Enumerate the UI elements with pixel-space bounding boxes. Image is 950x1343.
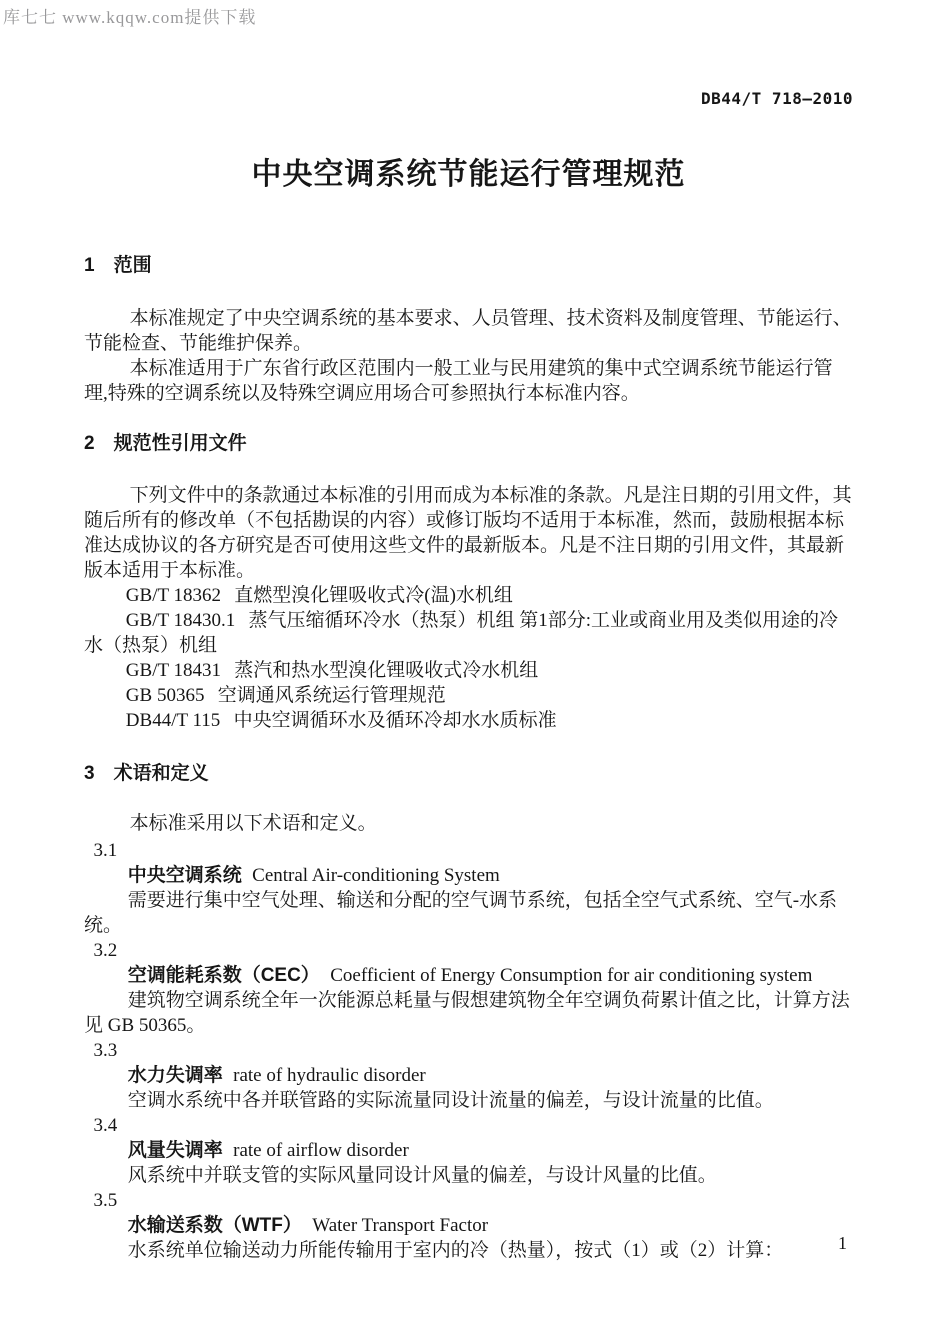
reference-item: GB/T 18430.1蒸气压缩循环冷水（热泵）机组 第1部分:工业或商业用及类… xyxy=(84,608,853,658)
reference-item: GB 50365空调通风系统运行管理规范 xyxy=(84,683,853,708)
term-block: 3.3 水力失调率rate of hydraulic disorder 空调水系… xyxy=(84,1038,853,1113)
section-3-heading: 3术语和定义 xyxy=(84,761,853,786)
reference-item: GB/T 18431蒸汽和热水型溴化锂吸收式冷水机组 xyxy=(84,658,853,683)
reference-title: 蒸汽和热水型溴化锂吸收式冷水机组 xyxy=(234,660,538,681)
document-title: 中央空调系统节能运行管理规范 xyxy=(84,156,853,194)
section-number: 1 xyxy=(84,255,95,276)
term-definition: 风系统中并联支管的实际风量同设计风量的偏差，与设计风量的比值。 xyxy=(84,1163,853,1188)
term-block: 3.2 空调能耗系数（CEC）Coefficient of Energy Con… xyxy=(84,938,853,1038)
term-title: 空调能耗系数（CEC）Coefficient of Energy Consump… xyxy=(84,963,853,988)
term-definition: 建筑物空调系统全年一次能源总耗量与假想建筑物全年空调负荷累计值之比，计算方法见 … xyxy=(84,988,853,1038)
reference-title: 空调通风系统运行管理规范 xyxy=(218,685,446,706)
term-title-en: Coefficient of Energy Consumption for ai… xyxy=(330,965,812,986)
scope-paragraph-2: 本标准适用于广东省行政区范围内一般工业与民用建筑的集中式空调系统节能运行管理,特… xyxy=(84,356,853,406)
section-heading-label: 规范性引用文件 xyxy=(114,433,247,454)
section-number: 3 xyxy=(84,763,95,784)
term-number: 3.2 xyxy=(84,938,853,963)
reference-item: DB44/T 115中央空调循环水及循环冷却水水质标准 xyxy=(84,708,853,733)
term-number: 3.3 xyxy=(84,1038,853,1063)
term-title-zh: 水输送系数（WTF） xyxy=(128,1215,302,1236)
reference-item: GB/T 18362直燃型溴化锂吸收式冷(温)水机组 xyxy=(84,583,853,608)
term-number: 3.1 xyxy=(84,838,853,863)
term-title-en: Water Transport Factor xyxy=(312,1215,488,1236)
term-title: 风量失调率rate of airflow disorder xyxy=(84,1138,853,1163)
term-title-zh: 空调能耗系数（CEC） xyxy=(128,965,320,986)
terms-intro-paragraph: 本标准采用以下术语和定义。 xyxy=(84,811,853,836)
page-content: DB44/T 718—2010 中央空调系统节能运行管理规范 1范围 本标准规定… xyxy=(0,0,950,1263)
term-title-en: rate of airflow disorder xyxy=(233,1140,409,1161)
section-terms-and-definitions: 3术语和定义 本标准采用以下术语和定义。 3.1 中央空调系统Central A… xyxy=(84,761,853,1263)
reference-title: 直燃型溴化锂吸收式冷(温)水机组 xyxy=(234,585,513,606)
section-2-heading: 2规范性引用文件 xyxy=(84,431,853,456)
section-1-heading: 1范围 xyxy=(84,253,853,278)
page-number: 1 xyxy=(838,1231,847,1256)
watermark: 库七七 www.kqqw.com提供下载 xyxy=(3,5,256,30)
reference-code: GB/T 18362 xyxy=(126,585,221,606)
term-block: 3.1 中央空调系统Central Air-conditioning Syste… xyxy=(84,838,853,938)
reference-title: 中央空调循环水及循环冷却水水质标准 xyxy=(234,710,557,731)
reference-code: GB/T 18430.1 xyxy=(126,610,235,631)
reference-code: DB44/T 115 xyxy=(126,710,220,731)
term-title: 水输送系数（WTF）Water Transport Factor xyxy=(84,1213,853,1238)
section-scope: 1范围 本标准规定了中央空调系统的基本要求、人员管理、技术资料及制度管理、节能运… xyxy=(84,253,853,406)
terms-list: 3.1 中央空调系统Central Air-conditioning Syste… xyxy=(84,838,853,1263)
term-title-zh: 水力失调率 xyxy=(128,1065,223,1086)
reference-list: GB/T 18362直燃型溴化锂吸收式冷(温)水机组 GB/T 18430.1蒸… xyxy=(84,583,853,733)
term-definition: 空调水系统中各并联管路的实际流量同设计流量的偏差，与设计流量的比值。 xyxy=(84,1088,853,1113)
reference-code: GB 50365 xyxy=(126,685,205,706)
section-heading-label: 术语和定义 xyxy=(114,763,209,784)
section-normative-references: 2规范性引用文件 下列文件中的条款通过本标准的引用而成为本标准的条款。凡是注日期… xyxy=(84,431,853,733)
section-heading-label: 范围 xyxy=(114,255,152,276)
document-page: 库七七 www.kqqw.com提供下载 DB44/T 718—2010 中央空… xyxy=(0,0,950,1343)
term-number: 3.5 xyxy=(84,1188,853,1213)
term-definition: 需要进行集中空气处理、输送和分配的空气调节系统，包括全空气式系统、空气-水系统。 xyxy=(84,888,853,938)
term-block: 3.4 风量失调率rate of airflow disorder 风系统中并联… xyxy=(84,1113,853,1188)
term-definition: 水系统单位输送动力所能传输用于室内的冷（热量），按式（1）或（2）计算： xyxy=(84,1238,853,1263)
term-number: 3.4 xyxy=(84,1113,853,1138)
term-title: 中央空调系统Central Air-conditioning System xyxy=(84,863,853,888)
term-title-zh: 中央空调系统 xyxy=(128,865,242,886)
term-title-zh: 风量失调率 xyxy=(128,1140,223,1161)
term-title-en: Central Air-conditioning System xyxy=(252,865,500,886)
reference-code: GB/T 18431 xyxy=(126,660,221,681)
term-title: 水力失调率rate of hydraulic disorder xyxy=(84,1063,853,1088)
term-block: 3.5 水输送系数（WTF）Water Transport Factor 水系统… xyxy=(84,1188,853,1263)
scope-paragraph-1: 本标准规定了中央空调系统的基本要求、人员管理、技术资料及制度管理、节能运行、节能… xyxy=(84,306,853,356)
term-title-en: rate of hydraulic disorder xyxy=(233,1065,426,1086)
section-number: 2 xyxy=(84,433,95,454)
references-intro-paragraph: 下列文件中的条款通过本标准的引用而成为本标准的条款。凡是注日期的引用文件，其随后… xyxy=(84,483,853,583)
